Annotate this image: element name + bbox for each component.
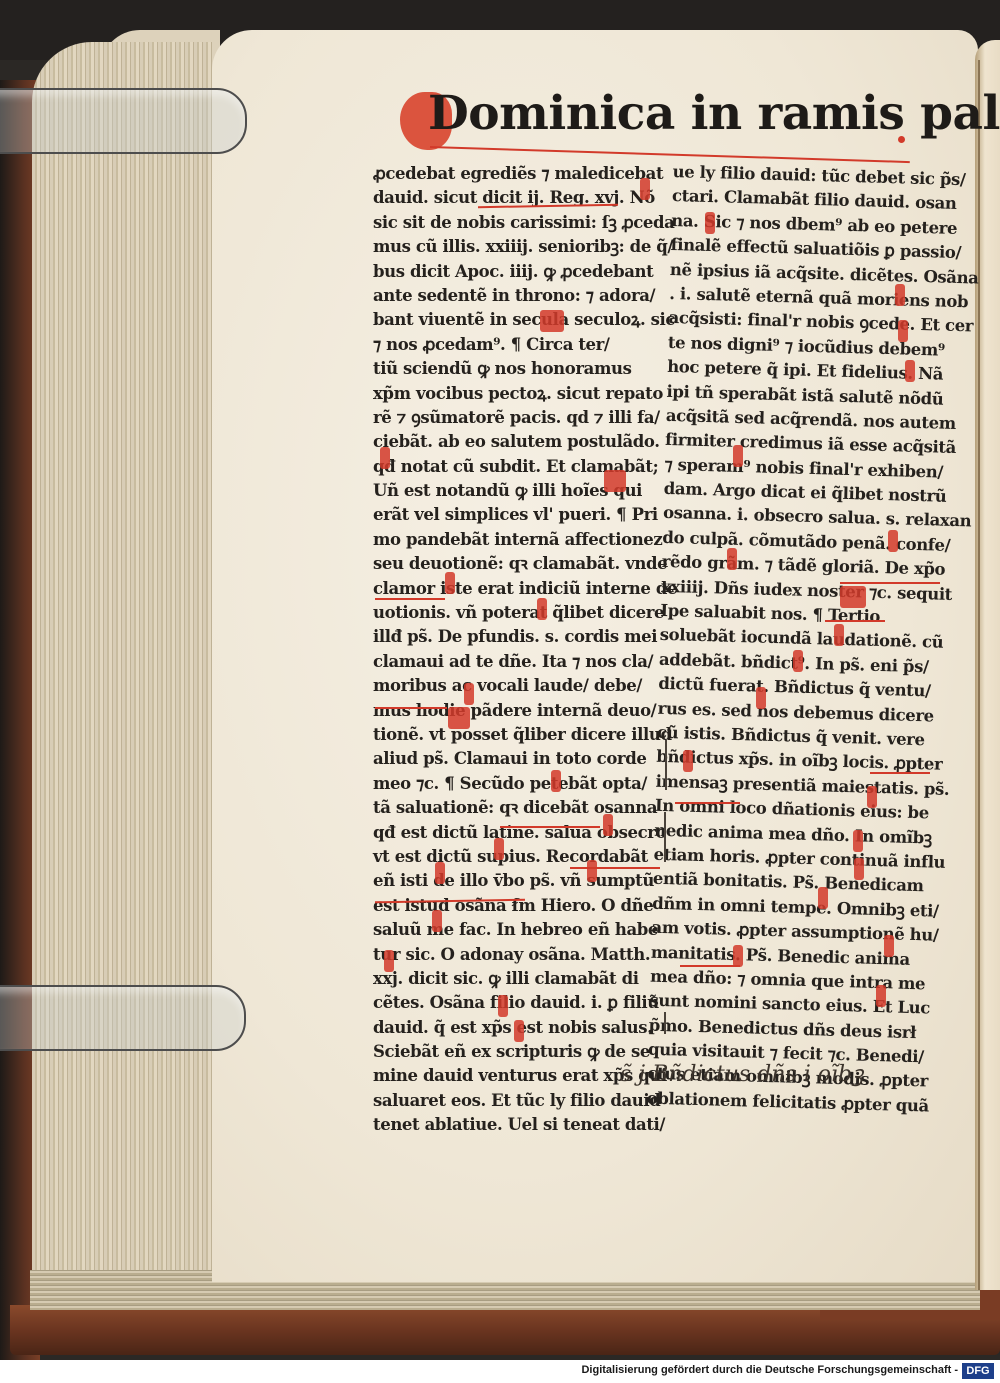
rubric-paragraph-icon	[604, 470, 626, 492]
text-line: tiũ sciendũ ꝙ nos honoramus	[373, 357, 668, 381]
text-line: mo pandebãt internã affectionez	[373, 528, 668, 552]
red-underline	[570, 867, 660, 869]
red-underline	[500, 826, 600, 828]
red-underline	[675, 802, 740, 804]
text-line: erãt vel simplices vl' pueri. ¶ Pri	[373, 503, 668, 527]
text-line: mus cũ illis. xxiiij. senioribꝫ: de q̃/	[373, 235, 668, 259]
text-line: bus dicit Apoc. iiij. ꝙ ꝓcedebant	[373, 260, 668, 284]
rubric-mark-icon	[537, 598, 547, 620]
rubric-mark-icon	[384, 950, 394, 972]
text-line: tionẽ. vt posset q̃liber dicere illud	[373, 723, 668, 747]
red-underline	[825, 620, 885, 622]
text-line: xp̃m vocibus pectoꝝ. sicut repato	[373, 382, 668, 406]
text-line: illđ ps̃. De pfundis. s. cordis mei	[373, 625, 668, 649]
text-line: tenet ablatiue. Uel si teneat dati/	[373, 1113, 668, 1137]
text-line: rẽ ⁊ ꝯsũmatorẽ pacis. qd ⁊ illi fa/	[373, 406, 668, 430]
handwritten-marginal-annotation: s̃ j Bñdictus dñs i oĩbꝫ	[620, 1058, 863, 1088]
text-line: moribus ac vocali laude/ debe/	[373, 674, 668, 698]
rubric-mark-icon	[640, 178, 650, 200]
page-stack-fore-edge	[32, 42, 212, 1292]
rubric-mark-icon	[435, 862, 445, 884]
rubric-mark-icon	[733, 445, 743, 467]
rubric-paragraph-icon	[840, 586, 866, 608]
text-line: seu deuotionẽ: qꝛ clamabãt. vnde	[373, 552, 668, 576]
text-line: cẽtes. Osãna filio dauid. i. ꝑ filiũ	[373, 991, 668, 1015]
text-line: tã saluationẽ: qꝛ dicebãt osanna	[373, 796, 668, 820]
margin-bracket-mark	[664, 812, 672, 862]
text-line: tur sic. O adonay osãna. Matth.	[373, 943, 668, 967]
heading-title: Dominica in ramis pal.	[428, 86, 1000, 141]
text-line: ciebãt. ab eo salutem postulãdo.	[373, 430, 668, 454]
rubric-mark-icon	[854, 858, 864, 880]
text-line: mus hodie pãdere internã deuo/	[373, 699, 668, 723]
rubric-mark-icon	[587, 860, 597, 882]
rubric-mark-icon	[888, 530, 898, 552]
red-underline	[375, 707, 447, 709]
rubric-mark-icon	[834, 624, 844, 646]
text-line: saluaret eos. Et tũc ly filio dauid	[373, 1089, 668, 1113]
heading-initial-letter: D	[428, 86, 468, 141]
text-line: eñ isti de illo v̄bo ps̃. vñ sumptũ	[373, 869, 668, 893]
rubric-mark-icon	[514, 1020, 524, 1042]
text-line: qđ est dictũ latine. salua obsecro	[373, 821, 668, 845]
rubric-mark-icon	[380, 447, 390, 469]
rubric-mark-icon	[445, 572, 455, 594]
rubric-mark-icon	[818, 887, 828, 909]
rubric-mark-icon	[867, 786, 877, 808]
rubric-mark-icon	[683, 750, 693, 772]
rubric-mark-icon	[898, 320, 908, 342]
text-line: vt est dictũ supius. Recordabãt	[373, 845, 668, 869]
text-line: aliud ps̃. Clamaui in toto corde	[373, 747, 668, 771]
footer-bar: Digitalisierung gefördert durch die Deut…	[0, 1360, 1000, 1383]
red-underline	[680, 965, 740, 967]
rubric-mark-icon	[705, 212, 715, 234]
text-line: meo ⁊c. ¶ Secũdo petebãt opta/	[373, 772, 668, 796]
rubric-mark-icon	[895, 284, 905, 306]
text-column-left: ꝓcedebat egrediẽs ⁊ maledicebatdauid. si…	[373, 162, 668, 1138]
heading-red-dot-icon	[898, 136, 905, 143]
rubric-mark-icon	[432, 910, 442, 932]
margin-bracket-mark	[664, 1012, 672, 1034]
funding-credit: Digitalisierung gefördert durch die Deut…	[581, 1364, 958, 1376]
book-scan: Dominica in ramis pal. ꝓcedebat egrediẽs…	[0, 0, 1000, 1360]
text-line: ꝓcedebat egrediẽs ⁊ maledicebat	[373, 162, 668, 186]
page-heading: Dominica in ramis pal.	[400, 84, 920, 154]
rubric-mark-icon	[733, 945, 743, 967]
rubric-mark-icon	[793, 650, 803, 672]
rubric-mark-icon	[853, 830, 863, 852]
text-line: clamaui ad te dñe. Ita ⁊ nos cla/	[373, 650, 668, 674]
rubric-mark-icon	[494, 838, 504, 860]
rubric-paragraph-icon	[540, 310, 564, 332]
text-line: ante sedentẽ in throno: ⁊ adora/	[373, 284, 668, 308]
heading-title-text: ominica in ramis pal.	[468, 86, 1000, 141]
rubric-paragraph-icon	[448, 707, 470, 729]
rubric-mark-icon	[905, 360, 915, 382]
text-line: sic sit de nobis carissimi: ſꝫ ꝓceda	[373, 211, 668, 235]
rubric-mark-icon	[464, 683, 474, 705]
text-line: uotionis. vñ poterat q̃libet dicere	[373, 601, 668, 625]
dfg-logo: DFG	[962, 1363, 994, 1379]
red-underline	[840, 582, 940, 584]
glass-page-clamp-top	[0, 88, 247, 154]
rubric-mark-icon	[498, 995, 508, 1017]
margin-bracket-mark	[665, 740, 673, 790]
text-line: bant viuentẽ in secula seculoꝝ. sic	[373, 308, 668, 332]
text-line: ⁊ nos ꝓcedam⁹. ¶ Circa ter/	[373, 333, 668, 357]
rubric-mark-icon	[756, 687, 766, 709]
text-line: est istud osãna ẜm Hiero. O dñe	[373, 894, 668, 918]
rubric-mark-icon	[603, 814, 613, 836]
glass-page-clamp-bottom	[0, 985, 246, 1051]
rubric-mark-icon	[727, 548, 737, 570]
rubric-mark-icon	[551, 770, 561, 792]
red-underline	[375, 598, 445, 600]
red-underline	[870, 772, 930, 774]
rubric-mark-icon	[876, 985, 886, 1007]
text-line: xxj. dicit sic. ꝙ illi clamabãt di	[373, 967, 668, 991]
gutter-line	[978, 60, 980, 1290]
rubric-mark-icon	[884, 935, 894, 957]
text-line: saluũ me fac. In hebreo eñ habe	[373, 918, 668, 942]
